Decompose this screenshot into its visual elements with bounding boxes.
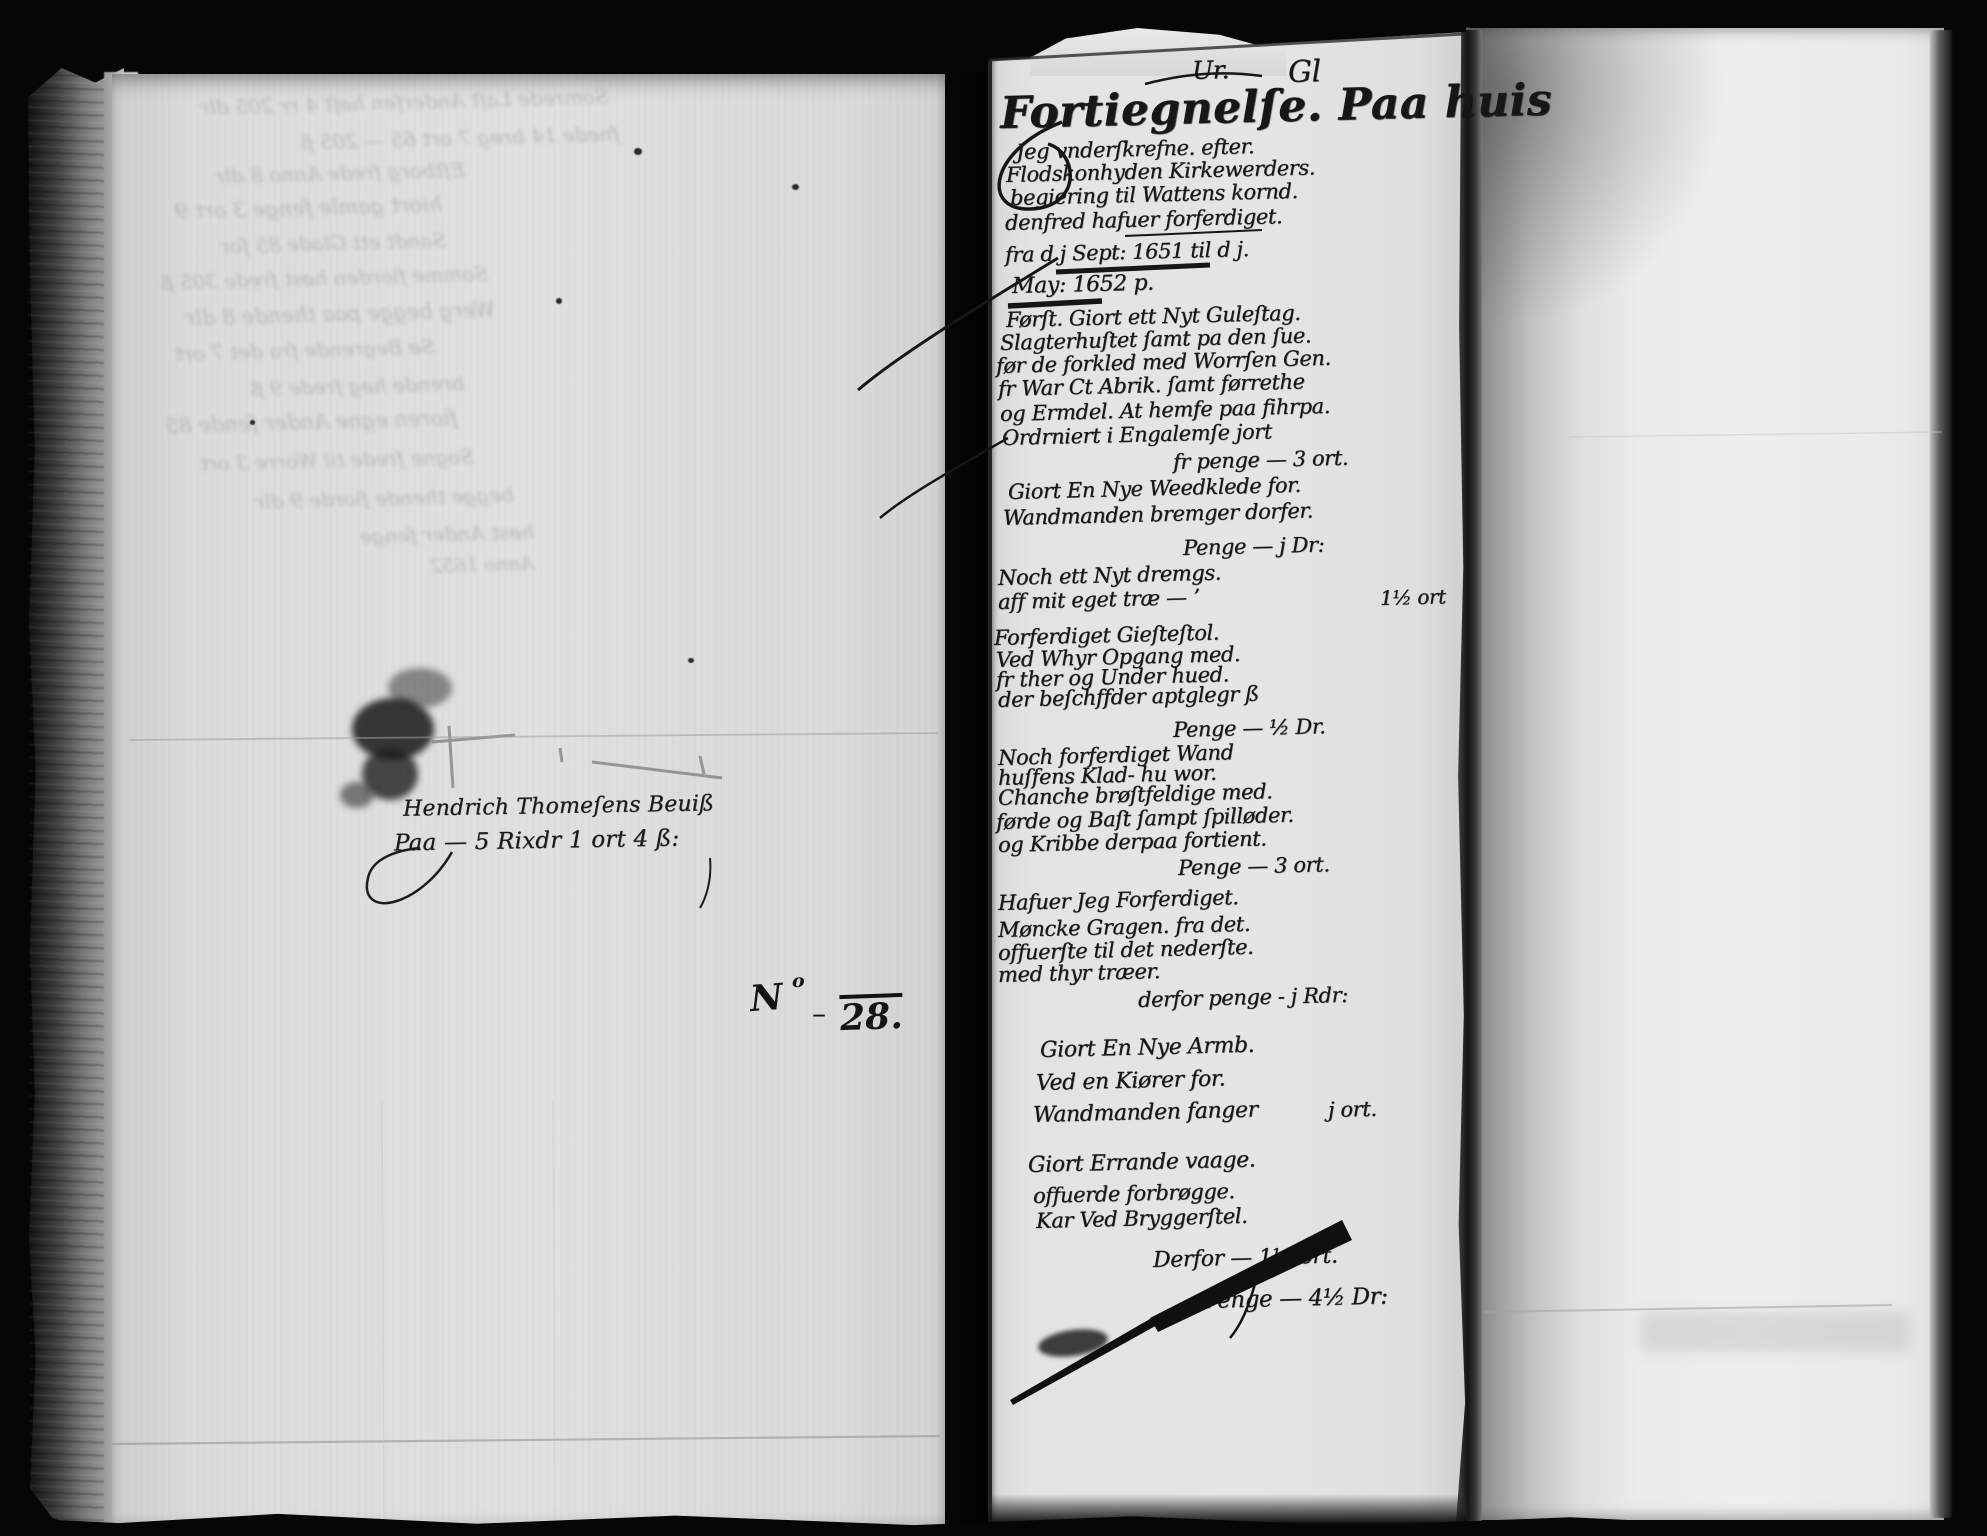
scanned-book-spread: Somrede Laſt Anderſen høſt 4 rr 205 dlrf… — [0, 0, 1987, 1536]
ink-flourishes — [0, 0, 1987, 1536]
